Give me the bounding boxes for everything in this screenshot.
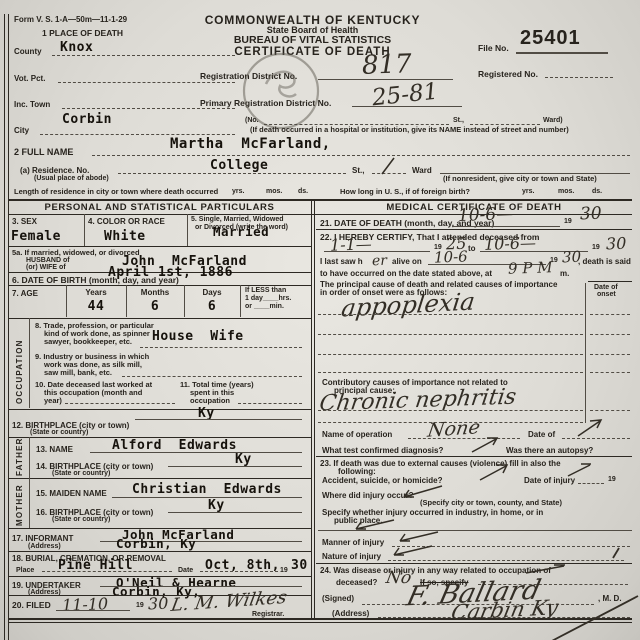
father-strip-border (29, 437, 30, 478)
injury-year-prefix: 19 (608, 476, 616, 484)
rule-below-occupation (8, 409, 311, 410)
column-divider-outer (311, 199, 312, 619)
dod-year-value: 30 (580, 206, 602, 224)
test-label: What test confirmed diagnosis? (322, 446, 443, 455)
less-label-2: 1 day____hrs. (245, 295, 291, 303)
cause-line-2 (318, 334, 583, 335)
to-year-value: 30 (606, 236, 627, 253)
occupation-side-label: OCCUPATION (15, 339, 24, 404)
nonresident-note: (If nonresident, give city or town and S… (443, 175, 597, 184)
county-value: Knox (60, 41, 93, 54)
industry-line (122, 376, 302, 377)
contributory-cause-value: Chronic nephritis (318, 387, 518, 416)
personal-section-title: PERSONAL AND STATISTICAL PARTICULARS (8, 202, 311, 213)
physician-address: Carbin Ky (449, 597, 560, 623)
rule-below-age (8, 318, 311, 319)
principal-cause-value: appoplexia (340, 290, 476, 321)
address-label: (Address) (332, 609, 369, 618)
full-name-line (92, 155, 630, 156)
lastworked-line (65, 403, 175, 404)
filed-year-prefix: 19 (136, 602, 144, 610)
trade-line (140, 347, 302, 348)
registered-no-line (545, 77, 613, 78)
rule-below-dob (8, 285, 311, 286)
nature-arrow-icon (390, 544, 434, 558)
city-value: Corbin (62, 113, 112, 126)
section-top-rule (8, 199, 632, 201)
lastsaw-label-2: alive on (392, 257, 422, 266)
nature-label: Nature of injury (322, 552, 381, 561)
ward-slash-mark-icon (380, 156, 396, 176)
mother-strip-border (29, 478, 30, 528)
column-divider-inner (314, 199, 315, 619)
burial-year-value: 30 (291, 559, 308, 572)
sex-value: Female (11, 230, 61, 243)
operation-label: Name of operation (322, 430, 392, 439)
dod-value: 10-6— (458, 206, 514, 225)
inc-town-label: Inc. Town (14, 100, 50, 109)
operation-date-line (562, 438, 630, 439)
full-name-value: Martha McFarland, (170, 137, 331, 151)
burial-year-prefix: 19 (280, 567, 288, 575)
place-of-death-heading: 1 PLACE OF DEATH (42, 28, 123, 38)
burial-date-label: Date (178, 567, 193, 575)
onset-column-border (585, 283, 586, 423)
file-no-line (516, 52, 608, 54)
residence-ward-label: Ward (412, 166, 432, 175)
father-side-label: FATHER (15, 437, 24, 476)
county-label: County (14, 47, 42, 56)
onset-line-1 (590, 314, 630, 315)
residence-st-label: St., (352, 166, 364, 175)
bottom-border-inner (8, 622, 632, 623)
file-no-value: 25401 (520, 27, 581, 51)
industry-label-3: saw mill, bank, etc. (44, 369, 112, 378)
residence-sub: (Usual place of abode) (34, 175, 109, 183)
birthplace-sub: (State or country) (30, 429, 88, 437)
injury-date-line (578, 483, 604, 484)
dod-year-prefix: 19 (564, 218, 572, 226)
race-label: 4. COLOR OR RACE (88, 217, 165, 226)
filed-date-line (56, 610, 130, 611)
city-line (40, 134, 235, 135)
onset-line-5 (590, 410, 630, 411)
onset-line-4 (590, 372, 630, 373)
howlong-mos: mos. (558, 188, 574, 196)
title-bureau: BUREAU OF VITAL STATISTICS (200, 34, 425, 46)
totaltime-label-3: occupation (190, 397, 230, 406)
mother-bp-sub: (State or country) (52, 516, 110, 524)
length-mos: mos. (266, 188, 282, 196)
length-ds: ds. (298, 188, 308, 196)
death-certificate-scan: Form V. S. 1-A—50m—11-1-29 1 PLACE OF DE… (0, 0, 640, 640)
father-bp-value: Ky (235, 453, 252, 466)
race-marital-divider (187, 214, 188, 246)
dod-line (452, 226, 560, 227)
onset-label-2: onset (597, 291, 616, 299)
manner-arrow-icon (396, 530, 440, 544)
father-name-label: 13. NAME (36, 445, 73, 454)
test-check-icon (470, 436, 500, 454)
death-time-value: 9 P M (508, 260, 553, 277)
mother-name-label: 15. MAIDEN NAME (36, 489, 107, 498)
form-number: Form V. S. 1-A—50m—11-1-29 (14, 15, 127, 24)
city-st-label: St., (453, 117, 464, 125)
age-years-label: Years (66, 288, 126, 297)
filed-label: 20. FILED (12, 600, 51, 610)
trade-value: House Wife (152, 330, 244, 343)
burial-date-line (200, 571, 278, 572)
sex-label: 3. SEX (12, 217, 37, 226)
birthplace-line (135, 419, 302, 420)
registered-no-label: Registered No. (478, 69, 538, 79)
age-days-value: 6 (184, 300, 240, 313)
informant-sub: (Address) (28, 543, 61, 551)
occupation-strip-border (29, 318, 30, 408)
registrar-label: Registrar. (252, 611, 284, 619)
informant-addr-value: Corbin, Ky (116, 538, 196, 551)
cause-line-1 (318, 314, 583, 315)
rule-below-sex-row (8, 246, 311, 247)
occu-strike-icon (524, 562, 568, 576)
left-border-outer (4, 14, 5, 640)
city-ward-label: Ward) (543, 117, 563, 125)
father-bp-sub: (State or country) (52, 470, 110, 478)
father-name-line (90, 452, 302, 453)
father-bp-line (168, 466, 302, 467)
rule-below-father (8, 478, 311, 479)
totaltime-line (238, 403, 302, 404)
lastsaw-her: er (372, 254, 387, 269)
full-name-label: 2 FULL NAME (14, 147, 73, 158)
onset-line-2 (590, 334, 630, 335)
accident-check-icon (478, 462, 510, 482)
rule-below-test (316, 456, 632, 457)
vot-pct-line (58, 82, 235, 83)
city-no-label: (No. (245, 117, 259, 125)
rule-below-nature (316, 563, 632, 564)
mother-name-value: Christian Edwards (132, 483, 282, 496)
occu-related-label-2: deceased? (336, 578, 377, 587)
age-days-label: Days (184, 288, 240, 297)
trade-label-3: sawyer, bookkeeper, etc. (44, 338, 132, 347)
rule-below-informant (8, 551, 311, 552)
howlong-label: How long in U. S., if of foreign birth? (340, 188, 470, 197)
vot-pct-label: Vot. Pct. (14, 74, 45, 83)
age-months-label: Months (126, 288, 184, 297)
mother-side-label: MOTHER (15, 484, 24, 526)
dob-value: April 1st, 1886 (108, 266, 233, 279)
contributory-line-1 (318, 410, 583, 411)
inc-town-line (62, 108, 235, 109)
reg-district-value: 817 (362, 51, 413, 79)
occu-answer-value: No (385, 570, 413, 587)
city-label: City (14, 126, 29, 135)
rule-below-dod (316, 229, 632, 230)
residence-value: College (210, 159, 268, 172)
cause-line-4 (318, 372, 583, 373)
line-below-specify (318, 530, 632, 531)
pen-stroke-icon (548, 596, 640, 640)
occurred-label-2: m. (560, 269, 569, 278)
operation-date-label: Date of (528, 430, 555, 439)
husband-label-3: (or) WIFE of (26, 264, 66, 272)
lastsaw-label-1: I last saw h (320, 257, 363, 266)
marital-label-1: 5. Single, Married, Widowed (191, 216, 284, 224)
manner-label: Manner of injury (322, 538, 384, 547)
to-year-prefix: 19 (592, 244, 600, 252)
hospital-note: (If death occurred in a hospital or inst… (250, 126, 569, 135)
burial-place-line (42, 571, 172, 572)
less-label-1: If LESS than (245, 287, 286, 295)
lastworked-label-3: year) (44, 397, 62, 406)
cause-line-3 (318, 354, 583, 355)
marital-value: Married (213, 226, 269, 239)
file-no-label: File No. (478, 43, 509, 53)
where-sub: (Specify city or town, county, and State… (420, 499, 562, 508)
howlong-yrs: yrs. (522, 188, 534, 196)
signed-label: (Signed) (322, 594, 354, 603)
age-label: 7. AGE (12, 289, 38, 298)
lastsaw-label-3: , death is said (578, 257, 631, 266)
nature-line (388, 560, 624, 561)
undertaker-sub: (Address) (28, 589, 61, 597)
mother-bp-line (168, 512, 302, 513)
age-divider-4 (240, 285, 241, 317)
sex-race-divider (84, 214, 85, 246)
age-months-value: 6 (126, 300, 184, 313)
left-border-inner (8, 14, 9, 640)
residence-line (118, 173, 346, 174)
section-title-rule (8, 214, 632, 215)
burial-place-label: Place (16, 567, 34, 575)
mother-name-line (112, 497, 302, 498)
onset-line-3 (590, 354, 630, 355)
age-years-value: 44 (66, 300, 126, 313)
to-label: to (468, 244, 476, 253)
less-label-3: or ____min. (245, 303, 284, 311)
attended-from-line (324, 251, 430, 252)
filed-year-value: 30 (148, 596, 169, 613)
mother-bp-value: Ky (208, 499, 225, 512)
autopsy-label: Was there an autopsy? (506, 446, 593, 455)
occurred-label-1: to have occurred on the date stated abov… (320, 269, 492, 278)
race-value: White (104, 230, 146, 243)
operation-line (408, 438, 520, 439)
occu-related-label-1: 24. Was disease or injury in any way rel… (320, 566, 551, 575)
onset-box-top (588, 281, 632, 282)
injury-date-check-icon (566, 462, 594, 478)
length-label: Length of residence in city or town wher… (14, 188, 218, 197)
filed-date-value: 11-10 (62, 596, 109, 614)
father-name-value: Alford Edwards (112, 439, 237, 452)
operation-date-check-icon (576, 418, 604, 438)
nature-tick-icon (610, 546, 622, 560)
length-yrs: yrs. (232, 188, 244, 196)
howlong-ds: ds. (592, 188, 602, 196)
